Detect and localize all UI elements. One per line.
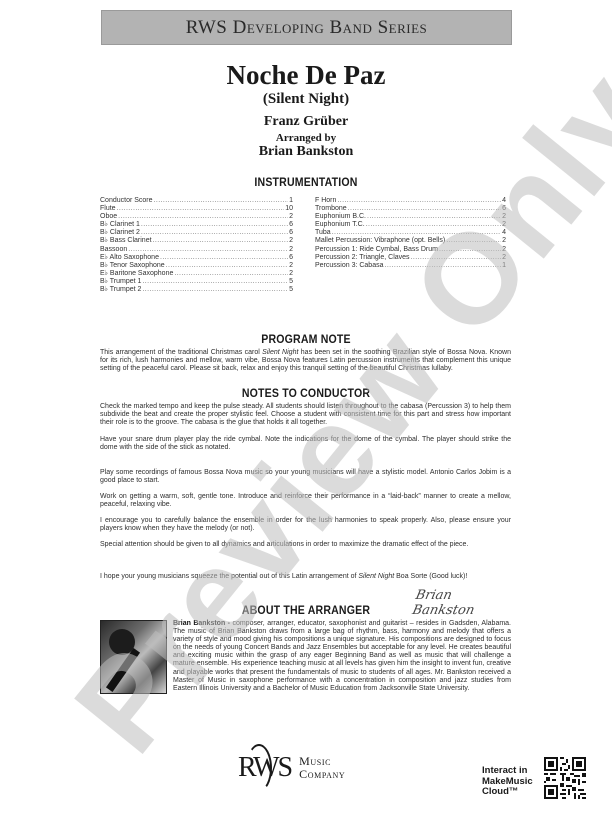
about-arranger-heading: ABOUT THE ARRANGER xyxy=(37,603,576,617)
closing-text-part: I hope your young musicians squeeze the … xyxy=(100,573,358,580)
instrument-name: Percussion 2: Triangle, Claves xyxy=(315,254,410,262)
instrument-name: B♭ Bass Clarinet xyxy=(100,237,152,245)
instrument-row: Trombone6 xyxy=(315,205,506,213)
instrument-count: 2 xyxy=(502,221,506,229)
instrument-name: Conductor Score xyxy=(100,197,153,205)
dot-leader xyxy=(117,205,285,213)
composer-name: Franz Grüber xyxy=(0,114,612,130)
instrument-count: 1 xyxy=(502,262,506,270)
instrument-count: 2 xyxy=(289,246,293,254)
conductor-note-closing: I hope your young musicians squeeze the … xyxy=(100,573,511,581)
instrument-count: 10 xyxy=(285,205,293,213)
program-note-heading: PROGRAM NOTE xyxy=(37,332,576,346)
instrument-count: 2 xyxy=(289,213,293,221)
instrument-count: 6 xyxy=(502,205,506,213)
rws-logo-mark: RWS xyxy=(238,752,291,784)
instrument-row: F Horn4 xyxy=(315,197,506,205)
arranged-by-label: Arranged by xyxy=(0,132,612,144)
instrument-row: B♭ Trumpet 15 xyxy=(100,278,293,286)
dot-leader xyxy=(446,237,501,245)
instrument-count: 2 xyxy=(502,213,506,221)
notes-to-conductor-heading: NOTES TO CONDUCTOR xyxy=(37,386,576,400)
instrument-row: Bassoon2 xyxy=(100,246,293,254)
instrument-count: 4 xyxy=(502,229,506,237)
piece-subtitle: (Silent Night) xyxy=(0,91,612,108)
arranger-bio: Brian Bankston - composer, arranger, edu… xyxy=(173,620,511,693)
instrument-count: 6 xyxy=(289,221,293,229)
dot-leader xyxy=(141,229,288,237)
dot-leader xyxy=(141,221,288,229)
instrument-row: B♭ Tenor Saxophone2 xyxy=(100,262,293,270)
instrument-row: E♭ Alto Saxophone6 xyxy=(100,254,293,262)
logo-line-company: Company xyxy=(299,768,345,781)
dot-leader xyxy=(348,205,501,213)
instrument-row: Conductor Score1 xyxy=(100,197,293,205)
instrumentation-heading: INSTRUMENTATION xyxy=(37,175,576,189)
instrument-row: Mallet Percussion: Vibraphone (opt. Bell… xyxy=(315,237,506,245)
instrument-name: Euphonium B.C. xyxy=(315,213,366,221)
instrument-name: E♭ Alto Saxophone xyxy=(100,254,159,262)
instrument-count: 5 xyxy=(289,286,293,294)
conductor-note-paragraph: I encourage you to carefully balance the… xyxy=(100,517,511,533)
instrument-row: Euphonium T.C.2 xyxy=(315,221,506,229)
conductor-note-paragraph: Work on getting a warm, soft, gentle ton… xyxy=(100,493,511,509)
bio-text: composer, arranger, educator, saxophonis… xyxy=(173,620,511,692)
makemusic-line: Interact in xyxy=(482,766,533,777)
dot-leader xyxy=(367,213,501,221)
instrument-name: F Horn xyxy=(315,197,336,205)
dot-leader xyxy=(154,197,289,205)
closing-text-part: Boa Sorte (Good luck)! xyxy=(394,573,467,580)
program-note-title-italic: Silent Night xyxy=(262,349,298,356)
instrument-row: Flute10 xyxy=(100,205,293,213)
dot-leader xyxy=(166,262,288,270)
conductor-note-paragraph: Have your snare drum player play the rid… xyxy=(100,436,511,452)
dot-leader xyxy=(142,278,288,286)
makemusic-line: Cloud™ xyxy=(482,787,533,798)
instrument-count: 2 xyxy=(289,270,293,278)
makemusic-cloud-label: Interact in MakeMusic Cloud™ xyxy=(482,766,533,798)
arranger-name: Brian Bankston xyxy=(0,144,612,160)
logo-wordmark: Music Company xyxy=(299,755,345,781)
closing-title-italic: Silent Night xyxy=(358,573,394,580)
instrument-count: 6 xyxy=(289,254,293,262)
instrument-name: Bassoon xyxy=(100,246,127,254)
instrumentation-list-left: Conductor Score1Flute10Oboe2B♭ Clarinet … xyxy=(100,197,293,294)
instrument-count: 2 xyxy=(502,246,506,254)
instrument-count: 5 xyxy=(289,278,293,286)
instrument-row: Percussion 1: Ride Cymbal, Bass Drum2 xyxy=(315,246,506,254)
instrument-row: E♭ Baritone Saxophone2 xyxy=(100,270,293,278)
instrument-row: B♭ Bass Clarinet2 xyxy=(100,237,293,245)
dot-leader xyxy=(160,254,288,262)
instrumentation-list-right: F Horn4Trombone6Euphonium B.C.2Euphonium… xyxy=(315,197,506,270)
arranger-photo xyxy=(100,620,167,694)
instrument-row: Tuba4 xyxy=(315,229,506,237)
instrument-name: Percussion 3: Cabasa xyxy=(315,262,383,270)
instrument-name: Percussion 1: Ride Cymbal, Bass Drum xyxy=(315,246,438,254)
instrument-count: 2 xyxy=(289,237,293,245)
instrument-count: 2 xyxy=(502,254,506,262)
instrument-count: 6 xyxy=(289,229,293,237)
instrument-name: E♭ Baritone Saxophone xyxy=(100,270,173,278)
instrument-name: B♭ Tenor Saxophone xyxy=(100,262,165,270)
program-note-text-part: This arrangement of the traditional Chri… xyxy=(100,349,262,356)
instrument-row: Euphonium B.C.2 xyxy=(315,213,506,221)
conductor-note-paragraph: Check the marked tempo and keep the puls… xyxy=(100,403,511,427)
dot-leader xyxy=(128,246,288,254)
instrument-name: B♭ Trumpet 1 xyxy=(100,278,141,286)
conductor-note-paragraph: Play some recordings of famous Bossa Nov… xyxy=(100,469,511,485)
dot-leader xyxy=(153,237,289,245)
dot-leader xyxy=(337,197,501,205)
instrument-name: Flute xyxy=(100,205,116,213)
instrument-name: Mallet Percussion: Vibraphone (opt. Bell… xyxy=(315,237,445,245)
dot-leader xyxy=(332,229,501,237)
instrument-count: 1 xyxy=(289,197,293,205)
instrument-name: B♭ Trumpet 2 xyxy=(100,286,141,294)
bio-name: Brian Bankston - xyxy=(173,620,230,627)
piece-title: Noche De Paz xyxy=(0,60,612,91)
dot-leader xyxy=(384,262,501,270)
dot-leader xyxy=(142,286,288,294)
conductor-note-paragraph: Special attention should be given to all… xyxy=(100,541,511,549)
dot-leader xyxy=(118,213,288,221)
instrument-count: 4 xyxy=(502,197,506,205)
instrument-count: 2 xyxy=(502,237,506,245)
series-banner: RWS Developing Band Series xyxy=(101,10,512,45)
rws-music-company-logo: RWS Music Company xyxy=(238,752,345,784)
treble-clef-swirl-icon xyxy=(246,744,272,792)
qr-code-icon[interactable] xyxy=(544,757,586,799)
instrument-row: B♭ Trumpet 25 xyxy=(100,286,293,294)
dot-leader xyxy=(439,246,501,254)
instrument-count: 2 xyxy=(289,262,293,270)
instrument-row: Percussion 2: Triangle, Claves2 xyxy=(315,254,506,262)
instrument-name: Trombone xyxy=(315,205,347,213)
instrument-name: Tuba xyxy=(315,229,331,237)
instrument-name: Euphonium T.C. xyxy=(315,221,365,229)
instrument-row: Percussion 3: Cabasa1 xyxy=(315,262,506,270)
program-note-text: This arrangement of the traditional Chri… xyxy=(100,349,511,373)
dot-leader xyxy=(174,270,288,278)
dot-leader xyxy=(411,254,502,262)
dot-leader xyxy=(366,221,501,229)
